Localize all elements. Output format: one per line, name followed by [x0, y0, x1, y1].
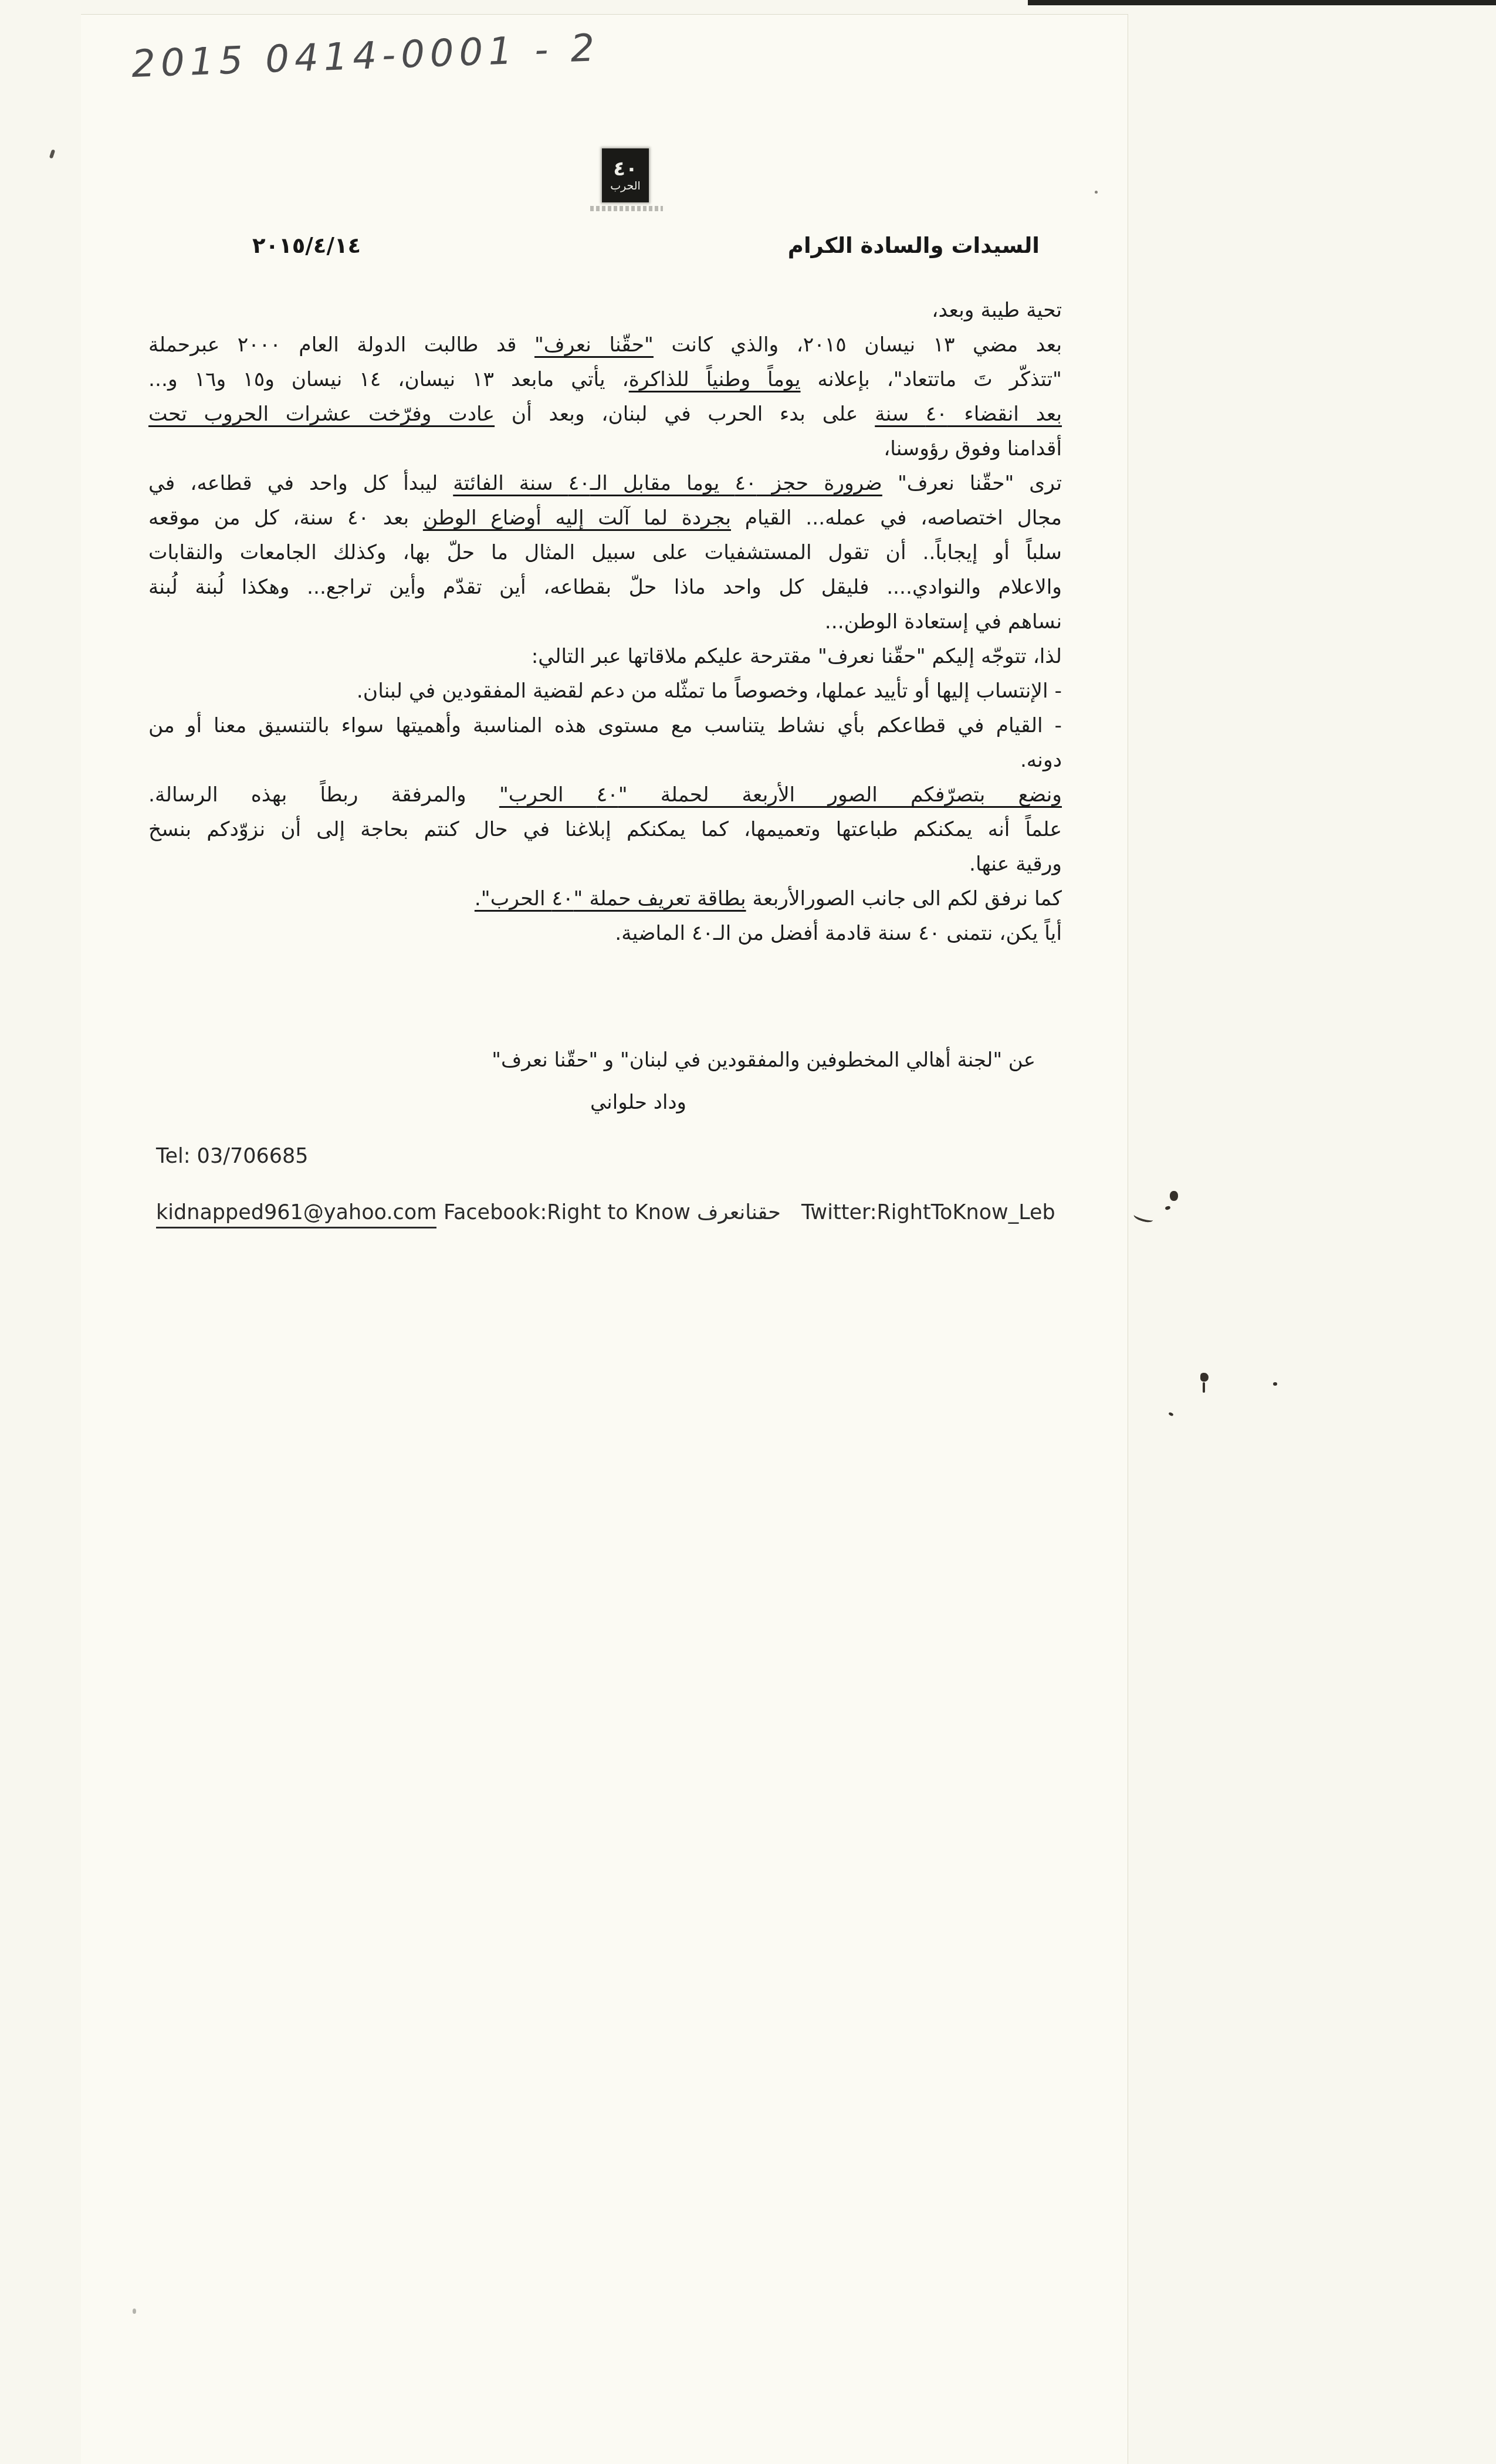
body-line: والاعلام والنوادي.... فليقل كل واحد ماذا…	[148, 570, 1062, 605]
body-line: - الإنتساب إليها أو تأييد عملها، وخصوصاً…	[148, 674, 1062, 709]
scan-speck	[1133, 1211, 1155, 1224]
scan-speck	[1168, 1412, 1173, 1417]
campaign-40-war-logo: ٤٠ الحرب	[602, 148, 649, 202]
scan-speck	[1203, 1382, 1205, 1393]
body-line: بعد انقضاء ٤٠ سنة على بدء الحرب في لبنان…	[148, 397, 1062, 432]
body-line: بعد مضي ١٣ نيسان ٢٠١٥، والذي كانت "حقّنا…	[148, 328, 1062, 363]
text-segment: أياً يكن، نتمنى ٤٠ سنة قادمة أفضل من الـ…	[615, 922, 1062, 945]
text-segment: علماً أنه يمكنكم طباعتها وتعميمها، كما ي…	[148, 818, 1062, 841]
underlined-text: بعد انقضاء ٤٠ سنة	[875, 402, 1062, 426]
underlined-text: ونضع بتصرّفكم الصور الأربعة لحملة "٤٠ ال…	[499, 783, 1062, 807]
handwritten-reference-number: 2015 0414-0001 - 2	[131, 26, 601, 86]
text-segment: على بدء الحرب في لبنان، وبعد أن	[495, 402, 875, 426]
underlined-text: بطاقة تعريف حملة "٤٠ الحرب".	[475, 887, 746, 911]
body-line: أياً يكن، نتمنى ٤٠ سنة قادمة أفضل من الـ…	[148, 916, 1062, 951]
body-line: ونضع بتصرّفكم الصور الأربعة لحملة "٤٠ ال…	[148, 778, 1062, 813]
text-segment: - الإنتساب إليها أو تأييد عملها، وخصوصاً…	[357, 679, 1062, 703]
body-line: - القيام في قطاعكم بأي نشاط يتناسب مع مس…	[148, 709, 1062, 743]
text-segment: - القيام في قطاعكم بأي نشاط يتناسب مع مس…	[148, 714, 1062, 737]
letter-salutation: السيدات والسادة الكرام	[788, 233, 1040, 258]
body-line: نساهم في إستعادة الوطن...	[148, 605, 1062, 639]
scan-speck	[1200, 1373, 1209, 1382]
text-segment: أقدامنا وفوق رؤوسنا،	[884, 437, 1062, 461]
text-segment: مجال اختصاصه، في عمله... القيام	[731, 506, 1062, 530]
underlined-text: "حقّنا نعرف"	[534, 333, 654, 357]
body-line: أقدامنا وفوق رؤوسنا،	[148, 432, 1062, 466]
text-segment: نساهم في إستعادة الوطن...	[825, 610, 1062, 634]
body-line: تحية طيبة وبعد،	[148, 293, 1062, 328]
scanner-edge-shadow	[1028, 0, 1496, 5]
body-line: مجال اختصاصه، في عمله... القيام بجردة لم…	[148, 501, 1062, 536]
body-line: ورقية عنها.	[148, 847, 1062, 882]
scan-speck	[1170, 1191, 1178, 1201]
text-segment: دونه.	[1020, 749, 1062, 772]
signature-name: وداد حلواني	[590, 1091, 686, 1114]
contact-twitter: Twitter:RightToKnow_Leb	[801, 1201, 1055, 1224]
underlined-text: بجردة لما آلت إليه أوضاع الوطن	[423, 506, 731, 530]
text-segment: تحية طيبة وبعد،	[932, 299, 1062, 322]
body-line: ترى "حقّنا نعرف" ضرورة حجز ٤٠ يوما مقابل…	[148, 466, 1062, 501]
scanned-document: 2015 0414-0001 - 2 ٤٠ الحرب ٢٠١٥/٤/١٤ ال…	[0, 0, 1496, 2464]
text-segment: "تتذكّر تَ ماتتعاد"، بإعلانه	[801, 368, 1062, 391]
logo-caption-smudge	[590, 206, 663, 211]
body-line: كما نرفق لكم الى جانب الصورالأربعة بطاقة…	[148, 882, 1062, 916]
letter-date: ٢٠١٥/٤/١٤	[252, 233, 361, 258]
contact-email: kidnapped961@yahoo.com	[156, 1201, 436, 1228]
body-line: لذا، تتوجّه إليكم "حقّنا نعرف" مقترحة عل…	[148, 639, 1062, 674]
letter-page: 2015 0414-0001 - 2 ٤٠ الحرب ٢٠١٥/٤/١٤ ال…	[81, 14, 1128, 2464]
body-line: سلباً أو إيجاباً.. أن تقول المستشفيات عل…	[148, 536, 1062, 570]
text-segment: كما نرفق لكم الى جانب الصورالأربعة	[746, 887, 1062, 911]
logo-number: ٤٠	[613, 158, 638, 180]
text-segment: ليبدأ كل واحد في قطاعه، في	[148, 472, 453, 495]
scan-speck	[1273, 1382, 1277, 1386]
contact-phone: Tel: 03/706685	[156, 1145, 309, 1168]
text-segment: بعد مضي ١٣ نيسان ٢٠١٥، والذي كانت	[654, 333, 1062, 357]
text-segment: لذا، تتوجّه إليكم "حقّنا نعرف" مقترحة عل…	[532, 645, 1062, 668]
scan-speck	[1095, 191, 1098, 194]
body-line: دونه.	[148, 743, 1062, 778]
text-segment: بعد ٤٠ سنة، كل من موقعه	[148, 506, 423, 530]
body-line: علماً أنه يمكنكم طباعتها وتعميمها، كما ي…	[148, 813, 1062, 847]
contact-facebook: Facebook:Right to Know حقنانعرف	[444, 1201, 781, 1224]
letter-body: تحية طيبة وبعد،بعد مضي ١٣ نيسان ٢٠١٥، وا…	[148, 293, 1062, 951]
logo-word: الحرب	[610, 180, 641, 192]
text-segment: ، يأتي مابعد ١٣ نيسان، ١٤ نيسان و١٥ و١٦ …	[148, 368, 629, 391]
text-segment: والاعلام والنوادي.... فليقل كل واحد ماذا…	[148, 576, 1062, 599]
scan-speck	[49, 149, 55, 158]
text-segment: سلباً أو إيجاباً.. أن تقول المستشفيات عل…	[148, 541, 1062, 564]
scan-speck	[133, 2309, 136, 2314]
signature-organization: عن "لجنة أهالي المخطوفين والمفقودين في ل…	[492, 1048, 1035, 1072]
text-segment: ترى "حقّنا نعرف"	[882, 472, 1062, 495]
underlined-text: عادت وفرّخت عشرات الحروب تحت	[148, 402, 495, 426]
text-segment: والمرفقة ربطاً بهذه الرسالة.	[148, 783, 499, 807]
underlined-text: يوماً وطنياً للذاكرة	[629, 368, 801, 391]
body-line: "تتذكّر تَ ماتتعاد"، بإعلانه يوماً وطنيا…	[148, 363, 1062, 397]
text-segment: ورقية عنها.	[969, 852, 1062, 876]
underlined-text: ضرورة حجز ٤٠ يوما مقابل الـ٤٠ سنة الفائت…	[453, 472, 882, 495]
text-segment: قد طالبت الدولة العام ٢٠٠٠ عبرحملة	[148, 333, 534, 357]
scan-speck	[1165, 1206, 1171, 1211]
